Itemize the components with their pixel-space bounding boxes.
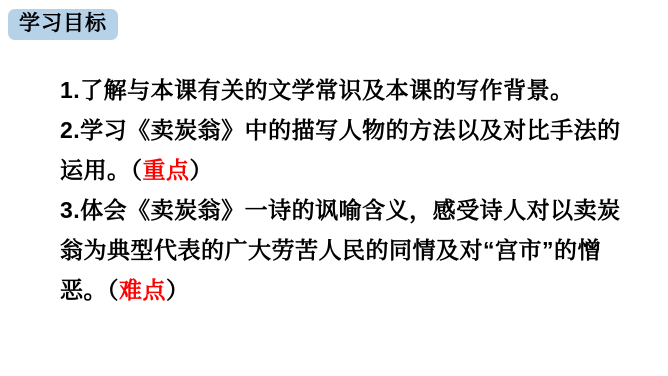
- presentation-slide: 学习目标 1.了解与本课有关的文学常识及本课的写作背景。2.学习《卖炭翁》中的描…: [0, 0, 668, 376]
- objective-line: 运用。（重点）: [60, 150, 620, 190]
- body-text: 翁为典型代表的广大劳苦人民的同情及对“宫市”的憎: [60, 237, 601, 263]
- objective-line: 恶。（难点）: [60, 270, 620, 310]
- body-text: 3.体会《卖炭翁》一诗的讽喻含义，感受诗人对以卖炭: [60, 197, 621, 223]
- emphasis-text: 难点: [119, 277, 166, 303]
- body-text: 运用。（: [60, 157, 143, 183]
- objective-paragraph: 1.了解与本课有关的文学常识及本课的写作背景。: [60, 70, 620, 110]
- title-badge: 学习目标: [8, 9, 118, 40]
- emphasis-text: 重点: [143, 157, 190, 183]
- body-text: ）: [190, 157, 214, 183]
- body-text: 恶。（: [60, 277, 119, 303]
- objective-paragraph: 2.学习《卖炭翁》中的描写人物的方法以及对比手法的运用。（重点）: [60, 110, 620, 190]
- body-text: 2.学习《卖炭翁》中的描写人物的方法以及对比手法的: [60, 117, 621, 143]
- objective-line: 2.学习《卖炭翁》中的描写人物的方法以及对比手法的: [60, 110, 620, 150]
- objective-paragraph: 3.体会《卖炭翁》一诗的讽喻含义，感受诗人对以卖炭翁为典型代表的广大劳苦人民的同…: [60, 190, 620, 310]
- objective-line: 翁为典型代表的广大劳苦人民的同情及对“宫市”的憎: [60, 230, 620, 270]
- body-text: ）: [166, 277, 190, 303]
- objective-line: 1.了解与本课有关的文学常识及本课的写作背景。: [60, 70, 620, 110]
- objective-line: 3.体会《卖炭翁》一诗的讽喻含义，感受诗人对以卖炭: [60, 190, 620, 230]
- objectives-list: 1.了解与本课有关的文学常识及本课的写作背景。2.学习《卖炭翁》中的描写人物的方…: [60, 70, 620, 310]
- title-badge-label: 学习目标: [19, 12, 107, 35]
- body-text: 1.了解与本课有关的文学常识及本课的写作背景。: [60, 77, 574, 103]
